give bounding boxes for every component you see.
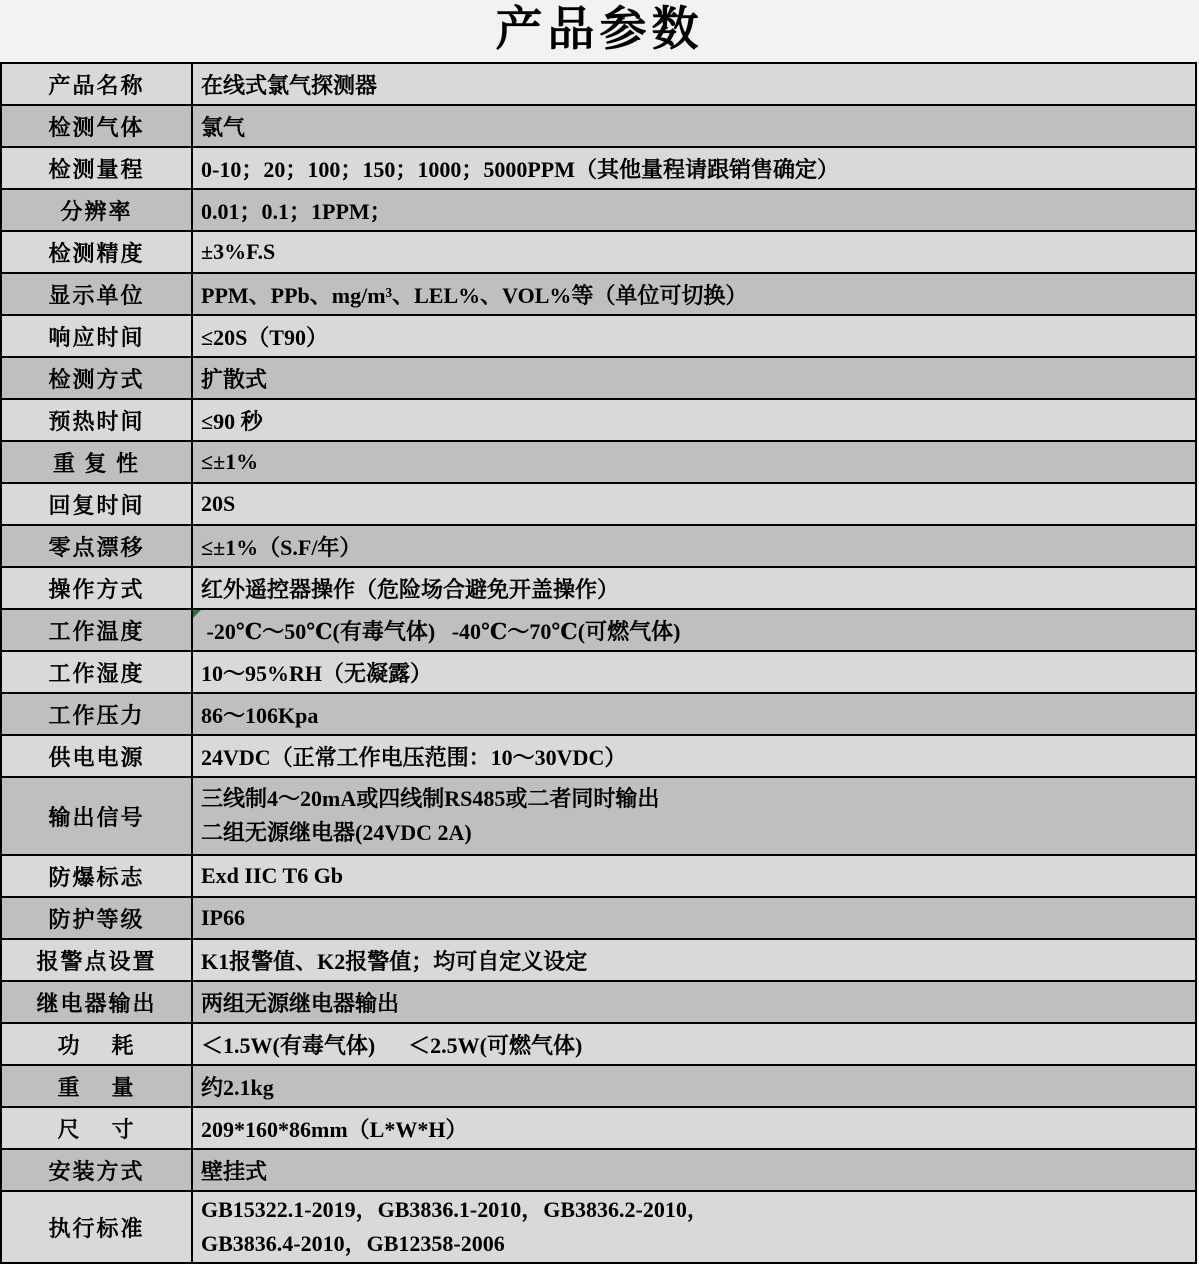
param-value-text: 在线式氯气探测器	[201, 69, 377, 100]
table-row: 检测精度 ±3%F.S	[2, 232, 1195, 274]
param-name-cell: 防爆标志	[2, 856, 193, 896]
param-name-cell: 零点漂移	[2, 526, 193, 566]
param-value-cell: 0-10；20；100；150；1000；5000PPM（其他量程请跟销售确定）	[193, 148, 1195, 188]
param-value-multiline: 三线制4～20mA或四线制RS485或二者同时输出二组无源继电器(24VDC 2…	[201, 782, 659, 850]
param-value-text: ＜1.5W(有毒气体) ＜2.5W(可燃气体)	[201, 1029, 582, 1060]
param-name-cell: 供电电源	[2, 736, 193, 776]
param-value-line: 三线制4～20mA或四线制RS485或二者同时输出	[201, 782, 659, 816]
param-name-cell: 输出信号	[2, 778, 193, 854]
param-value-cell: -20℃～50℃(有毒气体) -40℃～70℃(可燃气体)	[193, 610, 1195, 650]
param-value-cell: 86～106Kpa	[193, 694, 1195, 734]
param-value-text: ±3%F.S	[201, 239, 275, 265]
table-row: 分辨率 0.01；0.1；1PPM；	[2, 190, 1195, 232]
param-value-cell: 氯气	[193, 106, 1195, 146]
param-value-cell: 约2.1kg	[193, 1066, 1195, 1106]
table-row: 检测气体 氯气	[2, 106, 1195, 148]
param-value-cell: 20S	[193, 484, 1195, 524]
param-value-cell: 在线式氯气探测器	[193, 64, 1195, 104]
param-name-cell: 回复时间	[2, 484, 193, 524]
table-row: 操作方式 红外遥控器操作（危险场合避免开盖操作）	[2, 568, 1195, 610]
param-value-text: 壁挂式	[201, 1155, 267, 1186]
param-value-line: 二组无源继电器(24VDC 2A)	[201, 816, 659, 850]
param-name-cell: 检测气体	[2, 106, 193, 146]
param-value-text: ≤±1%（S.F/年）	[201, 531, 361, 562]
table-row: 安装方式 壁挂式	[2, 1150, 1195, 1192]
param-value-text: 0-10；20；100；150；1000；5000PPM（其他量程请跟销售确定）	[201, 153, 839, 184]
param-value-text: -20℃～50℃(有毒气体) -40℃～70℃(可燃气体)	[201, 615, 680, 646]
param-value-text: IP66	[201, 905, 245, 931]
param-value-cell: Exd IIC T6 Gb	[193, 856, 1195, 896]
param-value-cell: PPM、PPb、mg/m³、LEL%、VOL%等（单位可切换）	[193, 274, 1195, 314]
param-value-cell: 三线制4～20mA或四线制RS485或二者同时输出二组无源继电器(24VDC 2…	[193, 778, 1195, 854]
table-row: 尺 寸 209*160*86mm（L*W*H）	[2, 1108, 1195, 1150]
param-name-cell: 检测方式	[2, 358, 193, 398]
param-value-cell: ≤20S（T90）	[193, 316, 1195, 356]
table-row: 响应时间 ≤20S（T90）	[2, 316, 1195, 358]
param-value-text: 扩散式	[201, 363, 267, 394]
table-row: 产品名称 在线式氯气探测器	[2, 64, 1195, 106]
param-value-line: GB3836.4-2010，GB12358-2006	[201, 1227, 709, 1261]
param-value-cell: ±3%F.S	[193, 232, 1195, 272]
param-value-text: 24VDC（正常工作电压范围：10～30VDC）	[201, 741, 626, 772]
param-value-text: 红外遥控器操作（危险场合避免开盖操作）	[201, 573, 619, 604]
param-name-cell: 防护等级	[2, 898, 193, 938]
table-row: 零点漂移 ≤±1%（S.F/年）	[2, 526, 1195, 568]
table-row: 防爆标志 Exd IIC T6 Gb	[2, 856, 1195, 898]
param-name-cell: 工作压力	[2, 694, 193, 734]
param-name-cell: 重 复 性	[2, 442, 193, 482]
param-name-cell: 操作方式	[2, 568, 193, 608]
param-value-cell: 扩散式	[193, 358, 1195, 398]
table-row: 工作温度 -20℃～50℃(有毒气体) -40℃～70℃(可燃气体)	[2, 610, 1195, 652]
param-name-cell: 执行标准	[2, 1192, 193, 1262]
param-value-cell: K1报警值、K2报警值；均可自定义设定	[193, 940, 1195, 980]
param-name-cell: 工作湿度	[2, 652, 193, 692]
param-name-cell: 重 量	[2, 1066, 193, 1106]
param-value-cell: 壁挂式	[193, 1150, 1195, 1190]
param-name-cell: 检测精度	[2, 232, 193, 272]
table-row: 继电器输出 两组无源继电器输出	[2, 982, 1195, 1024]
table-row: 防护等级 IP66	[2, 898, 1195, 940]
param-value-text: ≤±1%	[201, 449, 258, 475]
param-value-cell: GB15322.1-2019，GB3836.1-2010，GB3836.2-20…	[193, 1192, 1195, 1262]
param-name-cell: 报警点设置	[2, 940, 193, 980]
cell-comment-marker-icon	[193, 610, 201, 618]
table-row: 输出信号 三线制4～20mA或四线制RS485或二者同时输出二组无源继电器(24…	[2, 778, 1195, 856]
param-name-cell: 工作温度	[2, 610, 193, 650]
table-row: 检测方式 扩散式	[2, 358, 1195, 400]
table-row: 重 复 性 ≤±1%	[2, 442, 1195, 484]
param-value-text: K1报警值、K2报警值；均可自定义设定	[201, 945, 587, 976]
table-row: 供电电源 24VDC（正常工作电压范围：10～30VDC）	[2, 736, 1195, 778]
param-value-line: GB15322.1-2019，GB3836.1-2010，GB3836.2-20…	[201, 1193, 709, 1227]
param-value-cell: ≤90 秒	[193, 400, 1195, 440]
param-name-cell: 响应时间	[2, 316, 193, 356]
table-row: 重 量 约2.1kg	[2, 1066, 1195, 1108]
param-value-cell: 24VDC（正常工作电压范围：10～30VDC）	[193, 736, 1195, 776]
product-spec-table: 产品名称 在线式氯气探测器 检测气体 氯气 检测量程 0-10；20；100；1…	[0, 62, 1197, 1264]
param-value-text: PPM、PPb、mg/m³、LEL%、VOL%等（单位可切换）	[201, 279, 747, 310]
param-value-cell: 0.01；0.1；1PPM；	[193, 190, 1195, 230]
table-row: 检测量程 0-10；20；100；150；1000；5000PPM（其他量程请跟…	[2, 148, 1195, 190]
page-title-bar: 产品参数	[0, 0, 1199, 62]
table-row: 回复时间 20S	[2, 484, 1195, 526]
param-value-text: 86～106Kpa	[201, 699, 318, 730]
table-row: 功 耗 ＜1.5W(有毒气体) ＜2.5W(可燃气体)	[2, 1024, 1195, 1066]
param-name-cell: 分辨率	[2, 190, 193, 230]
param-value-cell: 10～95%RH（无凝露）	[193, 652, 1195, 692]
param-value-text: ≤20S（T90）	[201, 321, 328, 352]
param-name-cell: 检测量程	[2, 148, 193, 188]
param-value-text: Exd IIC T6 Gb	[201, 863, 343, 889]
param-value-text: 约2.1kg	[201, 1071, 274, 1102]
product-parameters-document: { "page": { "title": "产品参数" }, "colors":…	[0, 0, 1199, 1264]
param-name-cell: 显示单位	[2, 274, 193, 314]
param-value-cell: 209*160*86mm（L*W*H）	[193, 1108, 1195, 1148]
page-title: 产品参数	[496, 7, 704, 56]
param-name-cell: 继电器输出	[2, 982, 193, 1022]
param-value-text: ≤90 秒	[201, 405, 263, 436]
param-name-cell: 预热时间	[2, 400, 193, 440]
table-row: 执行标准 GB15322.1-2019，GB3836.1-2010，GB3836…	[2, 1192, 1195, 1264]
table-row: 工作压力 86～106Kpa	[2, 694, 1195, 736]
param-name-cell: 功 耗	[2, 1024, 193, 1064]
param-value-cell: 两组无源继电器输出	[193, 982, 1195, 1022]
param-value-text: 10～95%RH（无凝露）	[201, 657, 432, 688]
table-row: 预热时间 ≤90 秒	[2, 400, 1195, 442]
param-value-cell: 红外遥控器操作（危险场合避免开盖操作）	[193, 568, 1195, 608]
param-name-cell: 安装方式	[2, 1150, 193, 1190]
param-name-cell: 尺 寸	[2, 1108, 193, 1148]
param-value-text: 两组无源继电器输出	[201, 987, 399, 1018]
param-value-cell: IP66	[193, 898, 1195, 938]
table-row: 报警点设置 K1报警值、K2报警值；均可自定义设定	[2, 940, 1195, 982]
param-value-cell: ＜1.5W(有毒气体) ＜2.5W(可燃气体)	[193, 1024, 1195, 1064]
param-value-cell: ≤±1%	[193, 442, 1195, 482]
param-value-text: 20S	[201, 491, 235, 517]
param-value-text: 0.01；0.1；1PPM；	[201, 195, 392, 226]
param-value-multiline: GB15322.1-2019，GB3836.1-2010，GB3836.2-20…	[201, 1193, 709, 1261]
param-value-cell: ≤±1%（S.F/年）	[193, 526, 1195, 566]
param-value-text: 氯气	[201, 111, 245, 142]
table-row: 显示单位 PPM、PPb、mg/m³、LEL%、VOL%等（单位可切换）	[2, 274, 1195, 316]
param-value-text: 209*160*86mm（L*W*H）	[201, 1113, 467, 1144]
param-name-cell: 产品名称	[2, 64, 193, 104]
table-row: 工作湿度 10～95%RH（无凝露）	[2, 652, 1195, 694]
